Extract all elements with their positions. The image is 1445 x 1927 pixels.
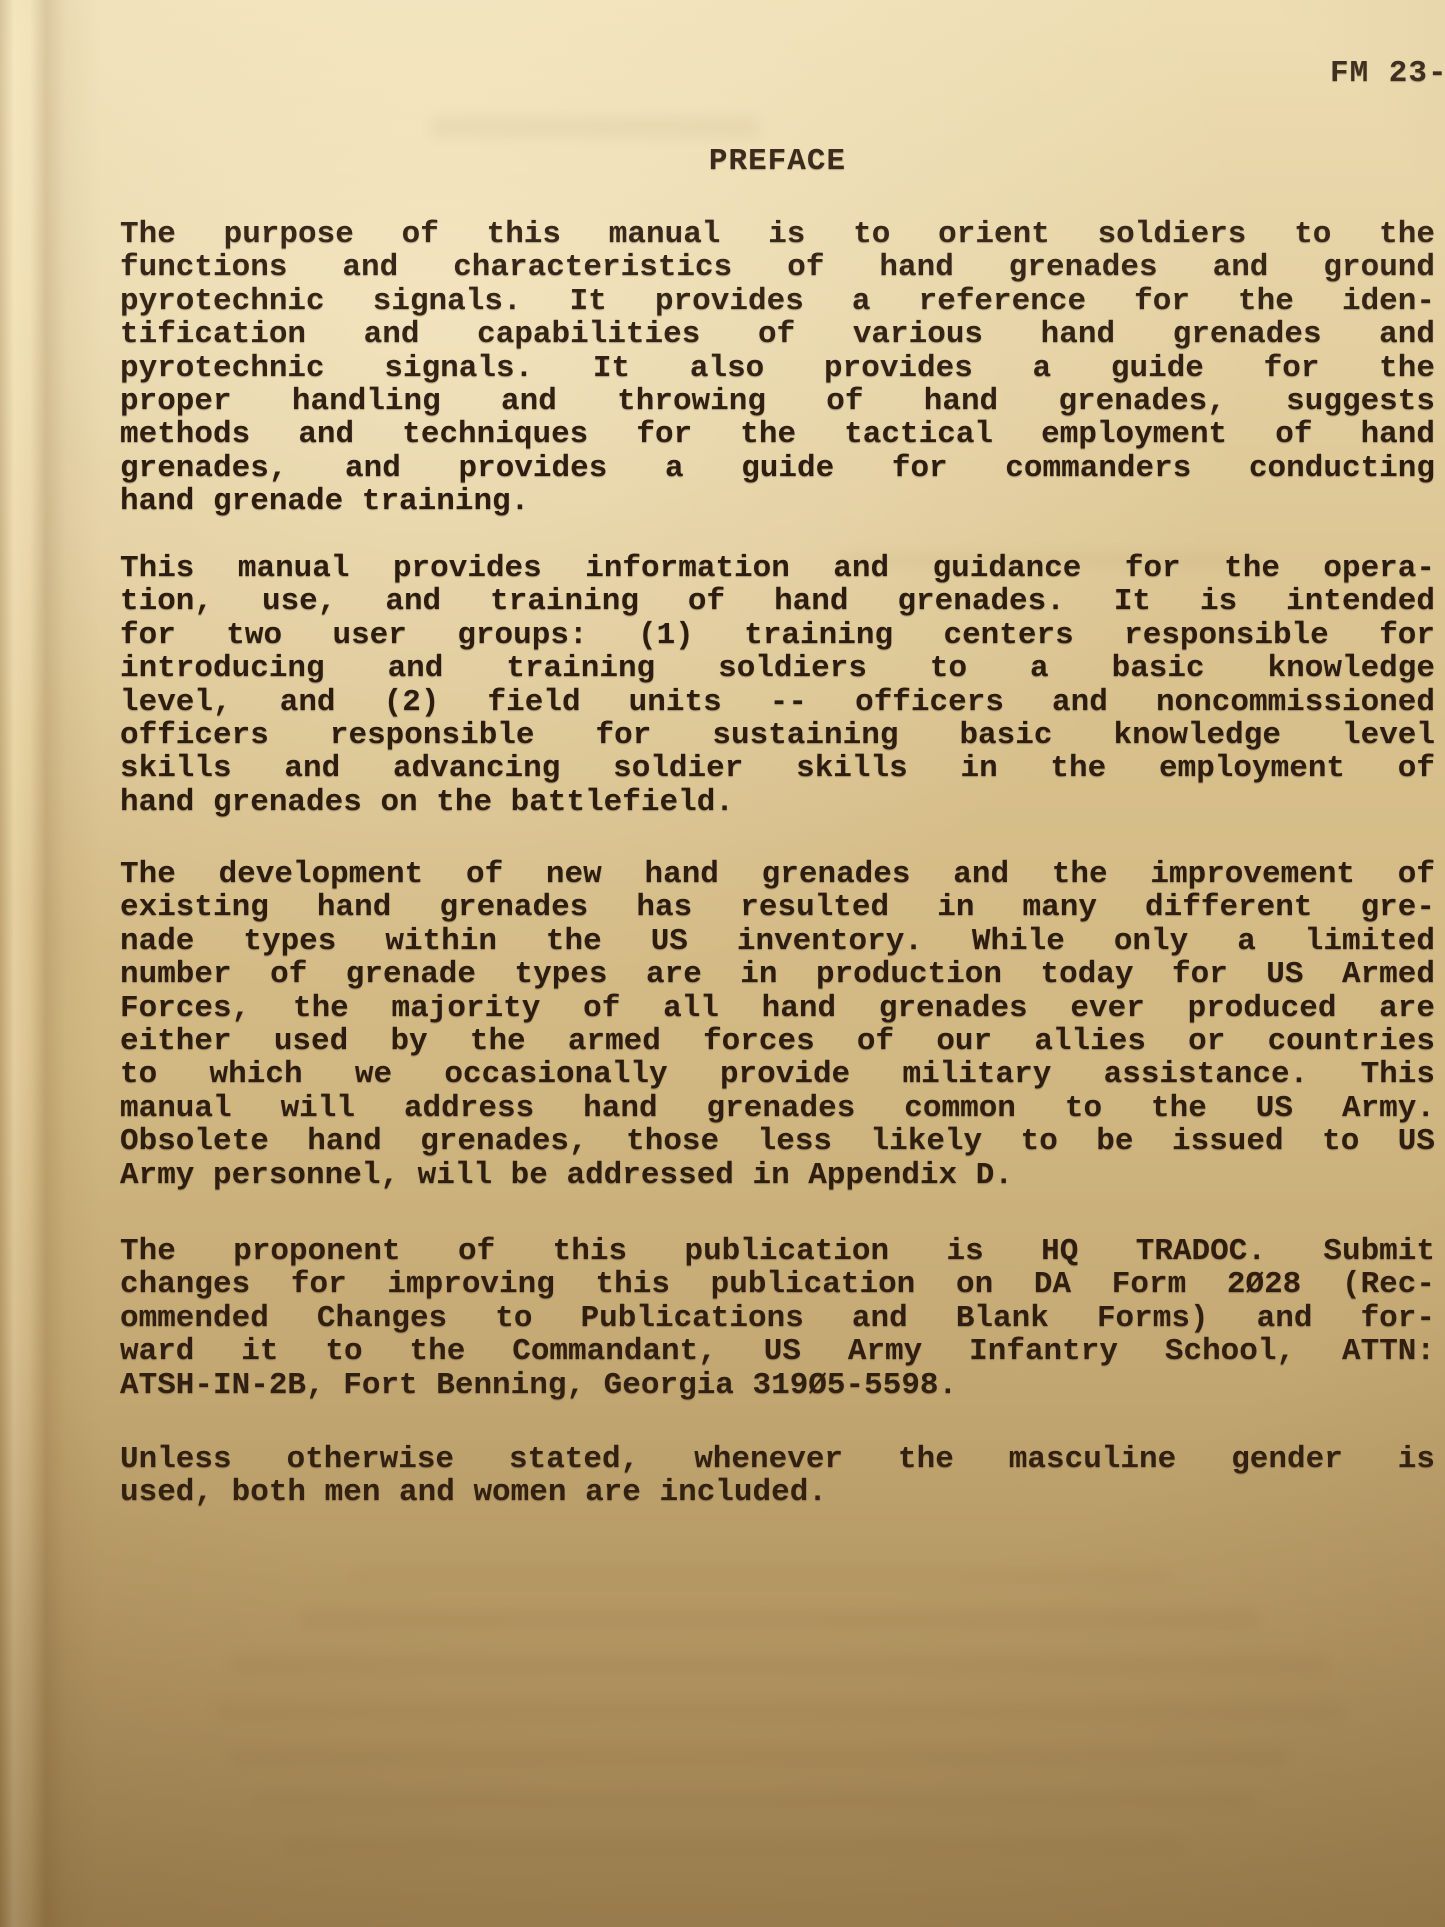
- text-line: manual will address hand grenades common…: [120, 1092, 1435, 1125]
- text-line: tification and capabilities of various h…: [120, 318, 1435, 351]
- paragraph-5: Unless otherwise stated, whenever the ma…: [120, 1443, 1435, 1510]
- text-line: hand grenades on the battlefield.: [120, 786, 1435, 819]
- text-line: introducing and training soldiers to a b…: [120, 652, 1435, 685]
- text-line: pyrotechnic signals. It provides a refer…: [120, 285, 1435, 318]
- text-line: used, both men and women are included.: [120, 1476, 1435, 1509]
- text-line: proper handling and throwing of hand gre…: [120, 385, 1435, 418]
- text-line: to which we occasionally provide militar…: [120, 1058, 1435, 1091]
- text-line: Forces, the majority of all hand grenade…: [120, 992, 1435, 1025]
- text-line: officers responsible for sustaining basi…: [120, 719, 1435, 752]
- text-line: number of grenade types are in productio…: [120, 958, 1435, 991]
- paragraph-3: The development of new hand grenades and…: [120, 858, 1435, 1192]
- paragraph-2: This manual provides information and gui…: [120, 552, 1435, 819]
- text-line: skills and advancing soldier skills in t…: [120, 752, 1435, 785]
- text-line: Unless otherwise stated, whenever the ma…: [120, 1443, 1435, 1476]
- text-line: methods and techniques for the tactical …: [120, 418, 1435, 451]
- text-line: hand grenade training.: [120, 485, 1435, 518]
- text-line: existing hand grenades has resulted in m…: [120, 891, 1435, 924]
- text-line: ATSH-IN-2B, Fort Benning, Georgia 319Ø5-…: [120, 1369, 1435, 1402]
- text-line: The purpose of this manual is to orient …: [120, 218, 1435, 251]
- paragraph-4: The proponent of this publication is HQ …: [120, 1235, 1435, 1402]
- text-line: This manual provides information and gui…: [120, 552, 1435, 585]
- photo-frame: FM 23- PREFACE The purpose of this manua…: [0, 0, 1445, 1927]
- text-line: Army personnel, will be addressed in App…: [120, 1159, 1435, 1192]
- paragraph-1: The purpose of this manual is to orient …: [120, 218, 1435, 519]
- text-line: tion, use, and training of hand grenades…: [120, 585, 1435, 618]
- body-text: The purpose of this manual is to orient …: [120, 0, 1435, 1927]
- text-line: ommended Changes to Publications and Bla…: [120, 1302, 1435, 1335]
- text-line: Obsolete hand grenades, those less likel…: [120, 1125, 1435, 1158]
- text-line: The proponent of this publication is HQ …: [120, 1235, 1435, 1268]
- text-line: nade types within the US inventory. Whil…: [120, 925, 1435, 958]
- text-line: functions and characteristics of hand gr…: [120, 251, 1435, 284]
- text-line: changes for improving this publication o…: [120, 1268, 1435, 1301]
- text-line: for two user groups: (1) training center…: [120, 619, 1435, 652]
- text-line: pyrotechnic signals. It also provides a …: [120, 352, 1435, 385]
- text-line: ward it to the Commandant, US Army Infan…: [120, 1335, 1435, 1368]
- text-line: either used by the armed forces of our a…: [120, 1025, 1435, 1058]
- text-line: grenades, and provides a guide for comma…: [120, 452, 1435, 485]
- text-line: level, and (2) field units -- officers a…: [120, 686, 1435, 719]
- text-line: The development of new hand grenades and…: [120, 858, 1435, 891]
